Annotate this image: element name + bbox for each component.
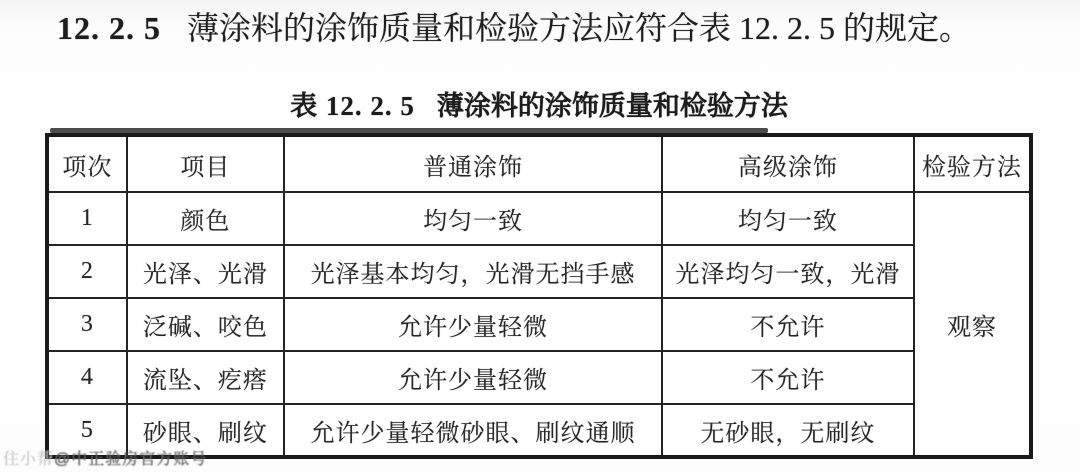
advanced-finish-cell: 光泽均匀一致，光滑 bbox=[662, 245, 914, 298]
row-index-cell: 4 bbox=[47, 351, 127, 404]
clause-number: 12. 2. 5 bbox=[57, 10, 161, 46]
col-header-ordinary-finish: 普通涂饰 bbox=[284, 135, 662, 192]
ordinary-finish-cell: 光泽基本均匀，光滑无挡手感 bbox=[284, 245, 662, 298]
col-header-inspection-method: 检验方法 bbox=[914, 135, 1031, 192]
ordinary-finish-cell: 允许少量轻微 bbox=[284, 351, 662, 404]
watermark: 住小帮@中正验房官方账号 bbox=[3, 446, 207, 469]
item-cell: 流坠、疙瘩 bbox=[127, 351, 284, 404]
clause-heading: 12. 2. 5薄涂料的涂饰质量和检验方法应符合表 12. 2. 5 的规定。 bbox=[57, 8, 1047, 48]
advanced-finish-cell: 不允许 bbox=[662, 351, 914, 404]
table-title: 表 12. 2. 5薄涂料的涂饰质量和检验方法 bbox=[45, 84, 1033, 123]
table-row: 2 光泽、光滑 光泽基本均匀，光滑无挡手感 光泽均匀一致，光滑 bbox=[47, 245, 1031, 298]
inspection-method-cell: 观察 bbox=[914, 192, 1031, 457]
document-page: 12. 2. 5薄涂料的涂饰质量和检验方法应符合表 12. 2. 5 的规定。 … bbox=[0, 0, 1080, 472]
item-cell: 泛碱、咬色 bbox=[127, 298, 284, 351]
col-header-advanced-finish: 高级涂饰 bbox=[662, 135, 914, 192]
quality-table: 项次 项目 普通涂饰 高级涂饰 检验方法 1 颜色 均匀一致 均匀一致 观察 2… bbox=[45, 133, 1033, 459]
table-title-number: 表 12. 2. 5 bbox=[290, 91, 415, 121]
ordinary-finish-cell: 允许少量轻微 bbox=[284, 298, 662, 351]
col-header-item: 项目 bbox=[127, 135, 284, 192]
table-row: 1 颜色 均匀一致 均匀一致 观察 bbox=[47, 192, 1031, 245]
table-header-row: 项次 项目 普通涂饰 高级涂饰 检验方法 bbox=[47, 135, 1031, 192]
table-row: 3 泛碱、咬色 允许少量轻微 不允许 bbox=[47, 298, 1031, 351]
item-cell: 颜色 bbox=[127, 192, 284, 245]
row-index-cell: 3 bbox=[47, 298, 127, 351]
item-cell: 光泽、光滑 bbox=[127, 245, 284, 298]
advanced-finish-cell: 均匀一致 bbox=[662, 192, 914, 245]
table-row: 4 流坠、疙瘩 允许少量轻微 不允许 bbox=[47, 351, 1031, 404]
advanced-finish-cell: 无砂眼，无刷纹 bbox=[662, 404, 914, 457]
row-index-cell: 2 bbox=[47, 245, 127, 298]
advanced-finish-cell: 不允许 bbox=[662, 298, 914, 351]
ordinary-finish-cell: 均匀一致 bbox=[284, 192, 662, 245]
watermark-account-name: @中正验房官方账号 bbox=[54, 451, 207, 468]
row-index-cell: 1 bbox=[47, 192, 127, 245]
clause-text: 薄涂料的涂饰质量和检验方法应符合表 12. 2. 5 的规定。 bbox=[187, 10, 971, 46]
ordinary-finish-cell: 允许少量轻微砂眼、刷纹通顺 bbox=[284, 404, 662, 457]
watermark-app-name: 住小帮 bbox=[3, 451, 54, 468]
col-header-item-no: 项次 bbox=[47, 135, 127, 192]
table-title-text: 薄涂料的涂饰质量和检验方法 bbox=[437, 91, 788, 121]
